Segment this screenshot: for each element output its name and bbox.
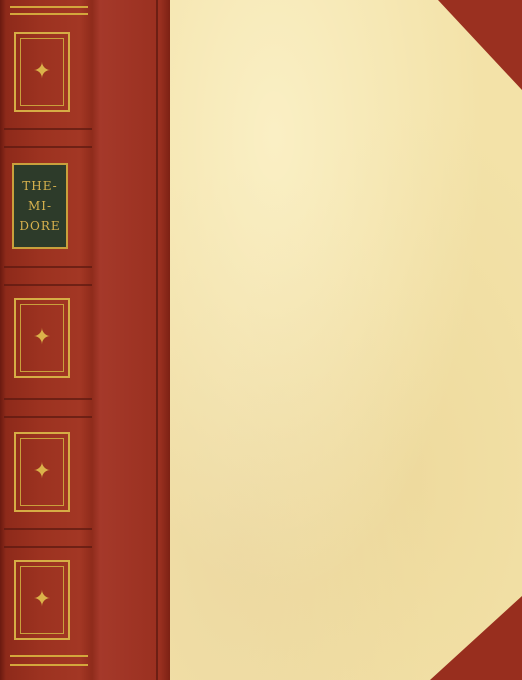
raised-band <box>4 146 92 148</box>
raised-band <box>4 416 92 418</box>
raised-band <box>4 266 92 268</box>
title-line: DORE <box>19 216 60 236</box>
gilt-panel: ✦ <box>14 560 70 640</box>
spine-edge-line <box>156 0 158 680</box>
floral-ornament-icon: ✦ <box>33 327 51 349</box>
title-line: THE- <box>22 176 58 196</box>
title-line: MI- <box>28 196 52 216</box>
raised-band <box>4 546 92 548</box>
raised-band <box>4 398 92 400</box>
book-cover: ✦ THE- MI- DORE ✦ ✦ ✦ <box>0 0 522 680</box>
gilt-panel: ✦ <box>14 298 70 378</box>
leather-spine: ✦ THE- MI- DORE ✦ ✦ ✦ <box>0 0 170 680</box>
gold-rule <box>10 13 88 15</box>
leather-corner-top <box>438 0 522 90</box>
floral-ornament-icon: ✦ <box>33 589 51 611</box>
title-label: THE- MI- DORE <box>12 163 68 249</box>
gold-rule <box>10 664 88 666</box>
floral-ornament-icon: ✦ <box>33 61 51 83</box>
raised-band <box>4 128 92 130</box>
gilt-panel: ✦ <box>14 32 70 112</box>
raised-band <box>4 528 92 530</box>
leather-corner-bottom <box>430 596 522 680</box>
raised-band <box>4 284 92 286</box>
gold-rule <box>10 655 88 657</box>
floral-ornament-icon: ✦ <box>33 461 51 483</box>
gold-rule <box>10 6 88 8</box>
gilt-panel: ✦ <box>14 432 70 512</box>
paper-board <box>168 0 522 680</box>
